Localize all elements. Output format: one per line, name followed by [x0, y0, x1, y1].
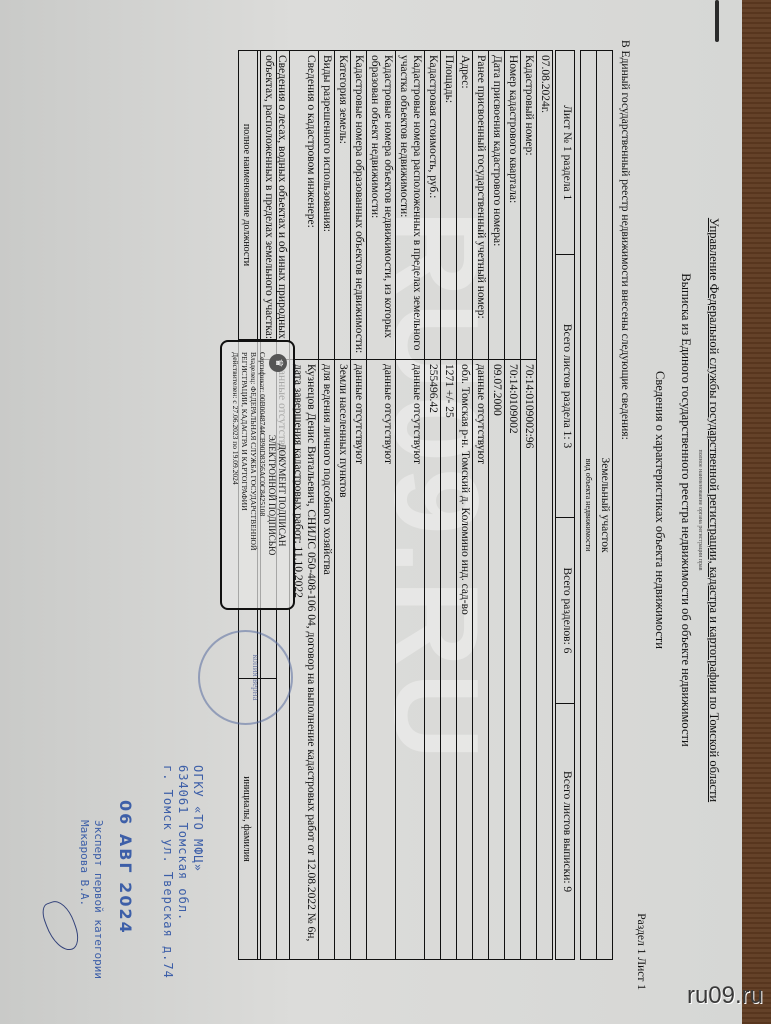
intro-text: В Единый государственный реестр недвижим… — [619, 40, 631, 440]
esig-certificate: Сертификат: 00B0048744CB90D8356AC0C84251… — [258, 352, 267, 598]
electronic-signature-stamp: ♛ ДОКУМЕНТ ПОДПИСАН ЭЛЕКТРОННОЙ ПОДПИСЬЮ… — [220, 340, 295, 610]
row-label: Площадь: — [441, 51, 457, 360]
row-value: 70:14:0109002 — [505, 360, 521, 960]
table-row: Площадь:1271 +/- 25 — [441, 51, 457, 960]
coat-of-arms-icon: ♛ — [269, 354, 287, 372]
esig-owner: Владелец: ФЕДЕРАЛЬНАЯ СЛУЖБА ГОСУДАРСТВЕ… — [240, 352, 258, 598]
mfc-org: ОГКУ «ТО МФЦ» — [190, 765, 205, 979]
table-row: Кадастровая стоимость, руб.:255496.42 — [425, 51, 441, 960]
row-value: 1271 +/- 25 — [441, 360, 457, 960]
sheets-in-section: Всего листов раздела 1: 3 — [556, 255, 575, 517]
stamp-date: 06 АВГ 2024 — [116, 800, 135, 935]
row-value: 255496.42 — [425, 360, 441, 960]
esig-title-1: ДОКУМЕНТ ПОДПИСАН — [277, 392, 287, 598]
expert-name: Макарова В.А. — [77, 820, 91, 979]
extract-date: 07.08.2024г. — [537, 51, 553, 960]
row-label: Кадастровая стоимость, руб.: — [425, 51, 441, 360]
egrn-extract-document: RU09.RU Управление Федеральной службы го… — [25, 30, 725, 990]
row-value: данные отсутствуют — [351, 360, 367, 960]
organization-caption: полное наименование органа регистрации п… — [697, 120, 703, 900]
object-type: Земельный участок — [597, 51, 613, 960]
organization-name: Управление Федеральной службы государств… — [706, 120, 721, 900]
table-row: Кадастровые номера объектов недвижимости… — [367, 51, 396, 960]
position-caption: полное наименование должности — [239, 51, 258, 340]
esig-validity: Действителен: с 27.06.2023 по 19.09.2024 — [231, 352, 240, 598]
row-value: обл. Томская р-н. Томский д. Коломино ин… — [457, 360, 473, 960]
row-label: Кадастровые номера образованных объектов… — [351, 51, 367, 360]
round-seal-text: копия верна — [251, 655, 261, 701]
section-title: Сведения о характеристиках объекта недви… — [652, 120, 667, 900]
site-watermark: ru09.ru — [687, 982, 763, 1010]
row-value: данные отсутствуют — [367, 360, 396, 960]
section-reference: Раздел 1 Лист 1 — [635, 913, 647, 990]
row-label: Категория земель: — [335, 51, 351, 360]
row-value: Земли населенных пунктов — [335, 360, 351, 960]
row-value: данные отсутствуют — [473, 360, 489, 960]
table-row: Дата присвоения кадастрового номера:09.0… — [489, 51, 505, 960]
row-label: Виды разрешенного использования: — [319, 51, 335, 360]
row-label: Сведения о кадастровом инженере: — [290, 51, 319, 360]
row-label: Кадастровые номера расположенных в преде… — [396, 51, 425, 360]
sheet-info-table: Лист № 1 раздела 1 Всего листов раздела … — [555, 50, 575, 960]
row-label: Кадастровый номер: — [521, 51, 537, 360]
row-value: данные отсутствуют — [396, 360, 425, 960]
round-seal: копия верна — [198, 630, 293, 725]
row-label: Номер кадастрового квартала: — [505, 51, 521, 360]
row-value: 09.07.2000 — [489, 360, 505, 960]
object-type-caption: вид объекта недвижимости — [581, 51, 597, 960]
row-value: для ведения личного подсобного хозяйства — [319, 360, 335, 960]
row-value: 70:14:0109002:96 — [521, 360, 537, 960]
sheets-total: Всего листов выписки: 9 — [556, 704, 575, 960]
esig-title-2: ЭЛЕКТРОННОЙ ПОДПИСЬЮ — [267, 392, 277, 598]
table-row: Ранее присвоенный государственный учетны… — [473, 51, 489, 960]
expert-title: Эксперт первой категории — [91, 820, 105, 979]
table-row: Номер кадастрового квартала:70:14:010900… — [505, 51, 521, 960]
row-label: Ранее присвоенный государственный учетны… — [473, 51, 489, 360]
mfc-address-2: г. Томск ул. Тверская д.74 — [160, 765, 175, 979]
expert-stamp: Эксперт первой категории Макарова В.А. — [77, 820, 105, 979]
table-row: Кадастровый номер:70:14:0109002:96 — [521, 51, 537, 960]
mfc-address-1: 634061 Томская обл. — [175, 765, 190, 979]
document-title: Выписка из Единого государственного реес… — [678, 120, 693, 900]
table-row: Виды разрешенного использования:для веде… — [319, 51, 335, 960]
table-row: Адрес:обл. Томская р-н. Томский д. Колом… — [457, 51, 473, 960]
row-label: Адрес: — [457, 51, 473, 360]
sections-total: Всего разделов: 6 — [556, 517, 575, 704]
table-row: Кадастровые номера расположенных в преде… — [396, 51, 425, 960]
row-label: Дата присвоения кадастрового номера: — [489, 51, 505, 360]
table-row: Категория земель:Земли населенных пункто… — [335, 51, 351, 960]
table-row: Кадастровые номера образованных объектов… — [351, 51, 367, 960]
object-type-table: Земельный участок вид объекта недвижимос… — [580, 50, 613, 960]
sheet-number: Лист № 1 раздела 1 — [556, 51, 575, 255]
row-label: Кадастровые номера объектов недвижимости… — [367, 51, 396, 360]
mfc-stamp: ОГКУ «ТО МФЦ» 634061 Томская обл. г. Том… — [160, 765, 205, 979]
characteristics-table: 07.08.2024г. Кадастровый номер:70:14:010… — [260, 50, 553, 960]
